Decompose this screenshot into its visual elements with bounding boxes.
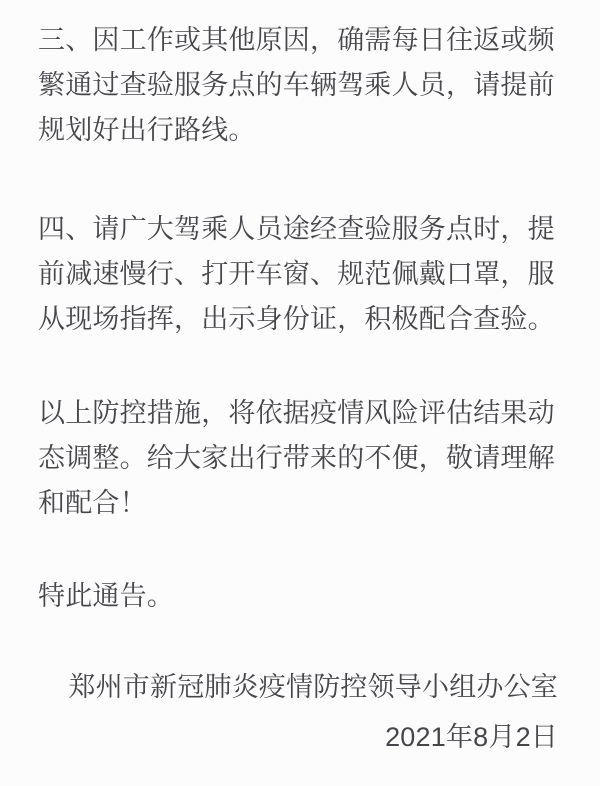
closing-line: 特此通告。 <box>38 574 558 619</box>
signature-line: 郑州市新冠肺炎疫情防控领导小组办公室 <box>38 665 558 710</box>
notice-content: 三、因工作或其他原因，确需每日往返或频繁通过查验服务点的车辆驾乘人员，请提前规划… <box>0 0 600 760</box>
signature-block: 郑州市新冠肺炎疫情防控领导小组办公室 2021年8月2日 <box>38 665 558 760</box>
date-line: 2021年8月2日 <box>38 715 558 760</box>
notice-paragraph-item3: 三、因工作或其他原因，确需每日往返或频繁通过查验服务点的车辆驾乘人员，请提前规划… <box>38 18 558 153</box>
notice-paragraph-summary: 以上防控措施，将依据疫情风险评估结果动态调整。给大家出行带来的不便，敬请理解和配… <box>38 391 558 526</box>
notice-document: 三、因工作或其他原因，确需每日往返或频繁通过查验服务点的车辆驾乘人员，请提前规划… <box>0 0 600 786</box>
notice-paragraph-item4: 四、请广大驾乘人员途经查验服务点时，提前减速慢行、打开车窗、规范佩戴口罩，服从现… <box>38 207 558 342</box>
